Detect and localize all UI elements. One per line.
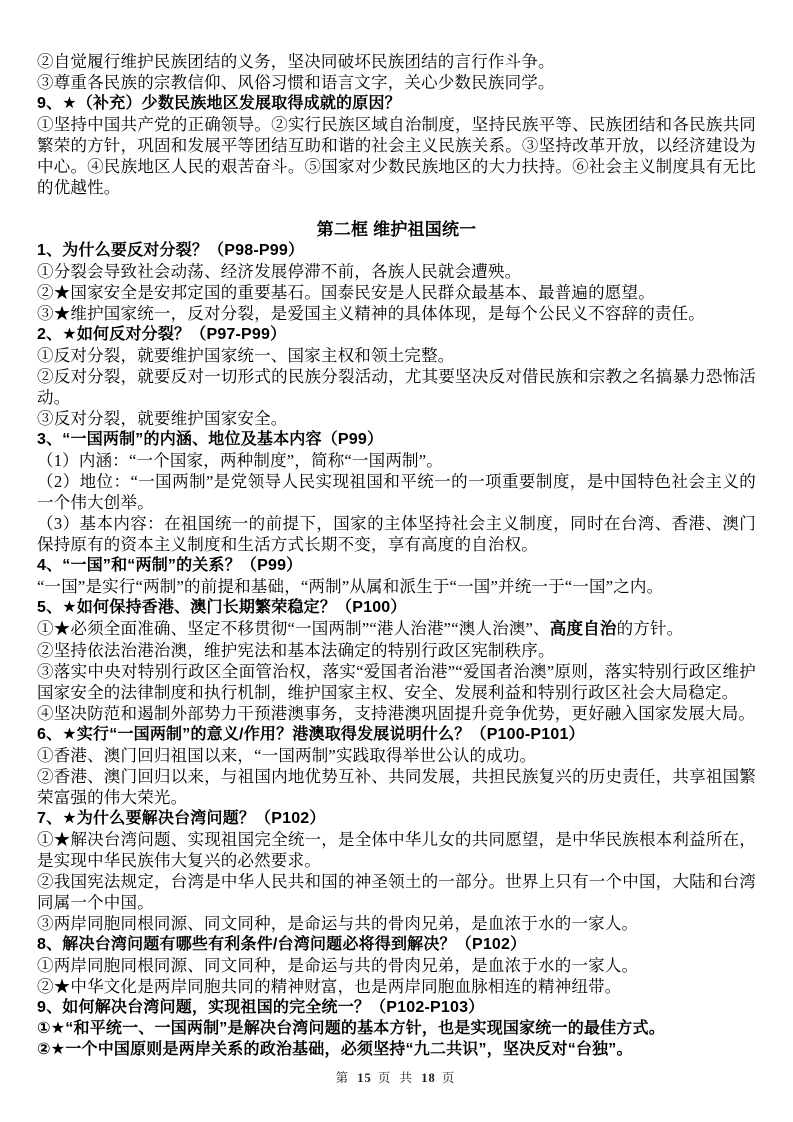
question-heading: 7、★为什么要解决台湾问题？（P102） [37,808,756,829]
blank-line [37,198,756,219]
section-title: 第二框 维护祖国统一 [37,219,756,240]
paragraph: ①香港、澳门回归祖国以来，“一国两制”实践取得举世公认的成功。 [37,745,756,766]
paragraph: ②★国家安全是安邦定国的重要基石。国泰民安是人民群众最基本、最普遍的愿望。 [37,282,756,303]
text-run: ①★必须全面准确、坚定不移贯彻“一国两制”“港人治港”“澳人治澳”、 [37,619,550,638]
text-run: ①★解决台湾问题、实现祖国完全统一，是全体中华儿女的共同愿望，是中华民族根本利益… [37,830,756,870]
paragraph: ③两岸同胞同根同源、同文同种，是命运与共的骨肉兄弟，是血浓于水的一家人。 [37,913,756,934]
text-run: （1）内涵：“一个国家，两种制度”，简称“一国两制”。 [37,451,443,470]
footer-text-run: 第 [336,1071,358,1085]
text-run: 第二框 维护祖国统一 [317,220,477,239]
paragraph: “一国”是实行“两制”的前提和基础，“两制”从属和派生于“一国”并统一于“一国”… [37,576,756,597]
question-heading: 9、如何解决台湾问题，实现祖国的完全统一？（P102-P103） [37,997,756,1018]
text-run: ③反对分裂，就要维护国家安全。 [37,409,288,428]
text-run: （3）基本内容：在祖国统一的前提下，国家的主体坚持社会主义制度，同时在台湾、香港… [37,514,756,554]
paragraph: ①反对分裂，就要维护国家统一、国家主权和领土完整。 [37,345,756,366]
paragraph: ②香港、澳门回归以来，与祖国内地优势互补、共同发展，共担民族复兴的历史责任，共享… [37,766,756,808]
text-run: 高度自治 [550,620,617,638]
paragraph: ④坚决防范和遏制外部势力干预港澳事务，支持港澳巩固提升竞争优势，更好融入国家发展… [37,703,756,724]
paragraph: ②我国宪法规定，台湾是中华人民共和国的神圣领土的一部分。世界上只有一个中国，大陆… [37,871,756,913]
text-run: ②★一个中国原则是两岸关系的政治基础，必须坚持“九二共识”，坚决反对“台独”。 [37,1041,633,1058]
paragraph: ①★“和平统一、一国两制”是解决台湾问题的基本方针，也是实现国家统一的最佳方式。 [37,1018,756,1039]
text-run: ②★中华文化是两岸同胞共同的精神财富，也是两岸同胞血脉相连的精神纽带。 [37,977,622,996]
paragraph: ①★必须全面准确、坚定不移贯彻“一国两制”“港人治港”“澳人治澳”、高度自治的方… [37,618,756,640]
text-run: ③尊重各民族的宗教信仰、风俗习惯和语言文字，关心少数民族同学。 [37,73,555,92]
total-pages: 18 [421,1071,436,1085]
text-run: 3、“一国两制”的内涵、地位及基本内容（P99） [37,431,383,448]
paragraph: ③落实中央对特别行政区全面管治权，落实“爱国者治港”“爱国者治澳”原则，落实特别… [37,661,756,703]
text-run: ③落实中央对特别行政区全面管治权，落实“爱国者治港”“爱国者治澳”原则，落实特别… [37,662,756,702]
text-run: ③★维护国家统一，反对分裂，是爱国主义精神的具体体现，是每个公民义不容辞的责任。 [37,304,705,323]
text-run: ①反对分裂，就要维护国家统一、国家主权和领土完整。 [37,346,455,365]
text-run: ②香港、澳门回归以来，与祖国内地优势互补、共同发展，共担民族复兴的历史责任，共享… [37,767,756,807]
text-run: ④坚决防范和遏制外部势力干预港澳事务，支持港澳巩固提升竞争优势，更好融入国家发展… [37,704,755,723]
text-run: ②反对分裂，就要反对一切形式的民族分裂活动，尤其要坚决反对借民族和宗教之名搞暴力… [37,367,756,407]
paragraph: ③反对分裂，就要维护国家安全。 [37,408,756,429]
text-run: 5、★如何保持香港、澳门长期繁荣稳定？（P100） [37,599,407,616]
text-run: 9、如何解决台湾问题，实现祖国的完全统一？（P102-P103） [37,999,484,1016]
footer-text-run: 页 共 [372,1071,421,1085]
paragraph: （3）基本内容：在祖国统一的前提下，国家的主体坚持社会主义制度，同时在台湾、香港… [37,513,756,555]
text-run: “一国”是实行“两制”的前提和基础，“两制”从属和派生于“一国”并统一于“一国”… [37,577,663,596]
question-heading: 9、★（补充）少数民族地区发展取得成就的原因？ [37,93,756,114]
text-run: 9、★（补充）少数民族地区发展取得成就的原因？ [37,95,401,112]
page-footer: 第 15 页 共 18 页 [0,1070,793,1086]
document-page: ②自觉履行维护民族团结的义务，坚决同破坏民族团结的言行作斗争。③尊重各民族的宗教… [0,0,793,1122]
page-number: 15 [357,1071,372,1085]
paragraph: ②★一个中国原则是两岸关系的政治基础，必须坚持“九二共识”，坚决反对“台独”。 [37,1039,756,1060]
text-run: 的方针。 [617,619,684,638]
document-body: ②自觉履行维护民族团结的义务，坚决同破坏民族团结的言行作斗争。③尊重各民族的宗教… [37,51,756,1060]
paragraph: ②反对分裂，就要反对一切形式的民族分裂活动，尤其要坚决反对借民族和宗教之名搞暴力… [37,366,756,408]
paragraph: ①两岸同胞同根同源、同文同种，是命运与共的骨肉兄弟，是血浓于水的一家人。 [37,955,756,976]
text-run: 1、为什么要反对分裂？（P98-P99） [37,242,304,259]
text-run: （2）地位：“一国两制”是党领导人民实现祖国和平统一的一项重要制度，是中国特色社… [37,472,756,512]
paragraph: ②★中华文化是两岸同胞共同的精神财富，也是两岸同胞血脉相连的精神纽带。 [37,976,756,997]
text-run: 6、★实行“一国两制”的意义/作用？港澳取得发展说明什么？（P100-P101） [37,726,585,743]
paragraph: ①分裂会导致社会动荡、经济发展停滞不前，各族人民就会遭殃。 [37,261,756,282]
text-run: ①坚持中国共产党的正确领导。②实行民族区域自治制度，坚持民族平等、民族团结和各民… [37,115,756,197]
paragraph: ③★维护国家统一，反对分裂，是爱国主义精神的具体体现，是每个公民义不容辞的责任。 [37,303,756,324]
text-run: ①两岸同胞同根同源、同文同种，是命运与共的骨肉兄弟，是血浓于水的一家人。 [37,956,638,975]
question-heading: 3、“一国两制”的内涵、地位及基本内容（P99） [37,429,756,450]
text-run: ①★“和平统一、一国两制”是解决台湾问题的基本方针，也是实现国家统一的最佳方式。 [37,1020,665,1037]
paragraph: ②自觉履行维护民族团结的义务，坚决同破坏民族团结的言行作斗争。 [37,51,756,72]
text-run: ③两岸同胞同根同源、同文同种，是命运与共的骨肉兄弟，是血浓于水的一家人。 [37,914,638,933]
paragraph: （2）地位：“一国两制”是党领导人民实现祖国和平统一的一项重要制度，是中国特色社… [37,471,756,513]
text-run: ②坚持依法治港治澳，维护宪法和基本法确定的特别行政区宪制秩序。 [37,641,555,660]
question-heading: 6、★实行“一国两制”的意义/作用？港澳取得发展说明什么？（P100-P101） [37,724,756,745]
text-run: ②★国家安全是安邦定国的重要基石。国泰民安是人民群众最基本、最普遍的愿望。 [37,283,655,302]
paragraph: （1）内涵：“一个国家，两种制度”，简称“一国两制”。 [37,450,756,471]
text-run: ①香港、澳门回归祖国以来，“一国两制”实践取得举世公认的成功。 [37,746,536,765]
footer-text-run: 页 [436,1071,458,1085]
text-run: 2、★如何反对分裂？（P97-P99） [37,326,286,343]
paragraph: ②坚持依法治港治澳，维护宪法和基本法确定的特别行政区宪制秩序。 [37,640,756,661]
question-heading: 1、为什么要反对分裂？（P98-P99） [37,240,756,261]
paragraph: ①坚持中国共产党的正确领导。②实行民族区域自治制度，坚持民族平等、民族团结和各民… [37,114,756,198]
question-heading: 8、解决台湾问题有哪些有利条件/台湾问题必将得到解决？（P102） [37,934,756,955]
text-run: 8、解决台湾问题有哪些有利条件/台湾问题必将得到解决？（P102） [37,936,526,953]
question-heading: 2、★如何反对分裂？（P97-P99） [37,324,756,345]
paragraph: ①★解决台湾问题、实现祖国完全统一，是全体中华儿女的共同愿望，是中华民族根本利益… [37,829,756,871]
paragraph: ③尊重各民族的宗教信仰、风俗习惯和语言文字，关心少数民族同学。 [37,72,756,93]
text-run: 7、★为什么要解决台湾问题？（P102） [37,810,326,827]
text-run: 4、“一国”和“两制”的关系？（P99） [37,557,302,574]
text-run: ②自觉履行维护民族团结的义务，坚决同破坏民族团结的言行作斗争。 [37,52,555,71]
text-run: ②我国宪法规定，台湾是中华人民共和国的神圣领土的一部分。世界上只有一个中国，大陆… [37,872,756,912]
question-heading: 5、★如何保持香港、澳门长期繁荣稳定？（P100） [37,597,756,618]
question-heading: 4、“一国”和“两制”的关系？（P99） [37,555,756,576]
text-run: ①分裂会导致社会动荡、经济发展停滞不前，各族人民就会遭殃。 [37,262,521,281]
